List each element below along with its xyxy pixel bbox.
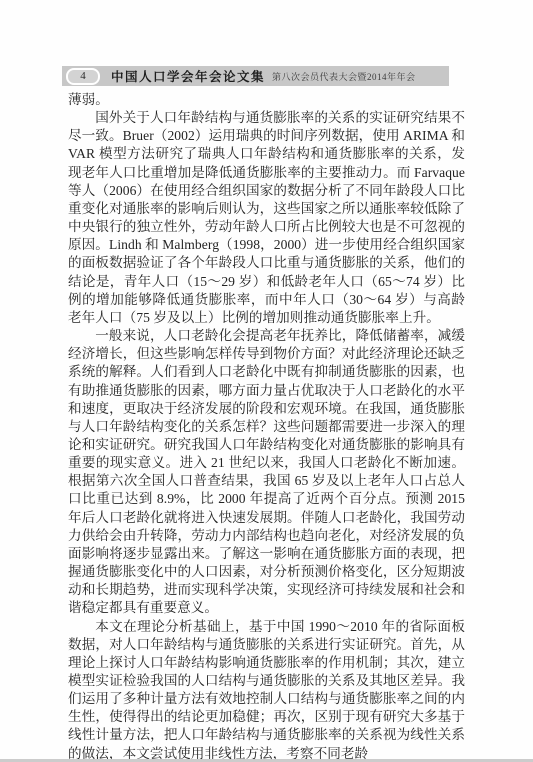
body-text: 薄弱。 国外关于人口年龄结构与通货膨胀率的关系的实证研究结果不尽一致。Bruer… bbox=[68, 91, 465, 762]
document-page: 4 中国人口学会年会论文集 第八次会员代表大会暨2014年年会 薄弱。 国外关于… bbox=[0, 0, 533, 762]
paragraph-foreign-research: 国外关于人口年龄结构与通货膨胀率的关系的实证研究结果不尽一致。Bruer（200… bbox=[68, 109, 465, 327]
volume-subtitle: 第八次会员代表大会暨2014年年会 bbox=[272, 70, 416, 83]
paragraph-aging-significance: 一般来说，人口老龄化会提高老年抚养比，降低储蓄率，减缓经济增长，但这些影响怎样传… bbox=[68, 327, 465, 618]
book-title: 中国人口学会年会论文集 bbox=[111, 67, 265, 85]
running-header: 4 中国人口学会年会论文集 第八次会员代表大会暨2014年年会 bbox=[62, 66, 449, 86]
page-number-badge: 4 bbox=[66, 68, 100, 85]
paragraph-continuation: 薄弱。 bbox=[68, 91, 465, 109]
paragraph-study-approach: 本文在理论分析基础上，基于中国 1990～2010 年的省际面板数据，对人口年龄… bbox=[68, 618, 465, 762]
